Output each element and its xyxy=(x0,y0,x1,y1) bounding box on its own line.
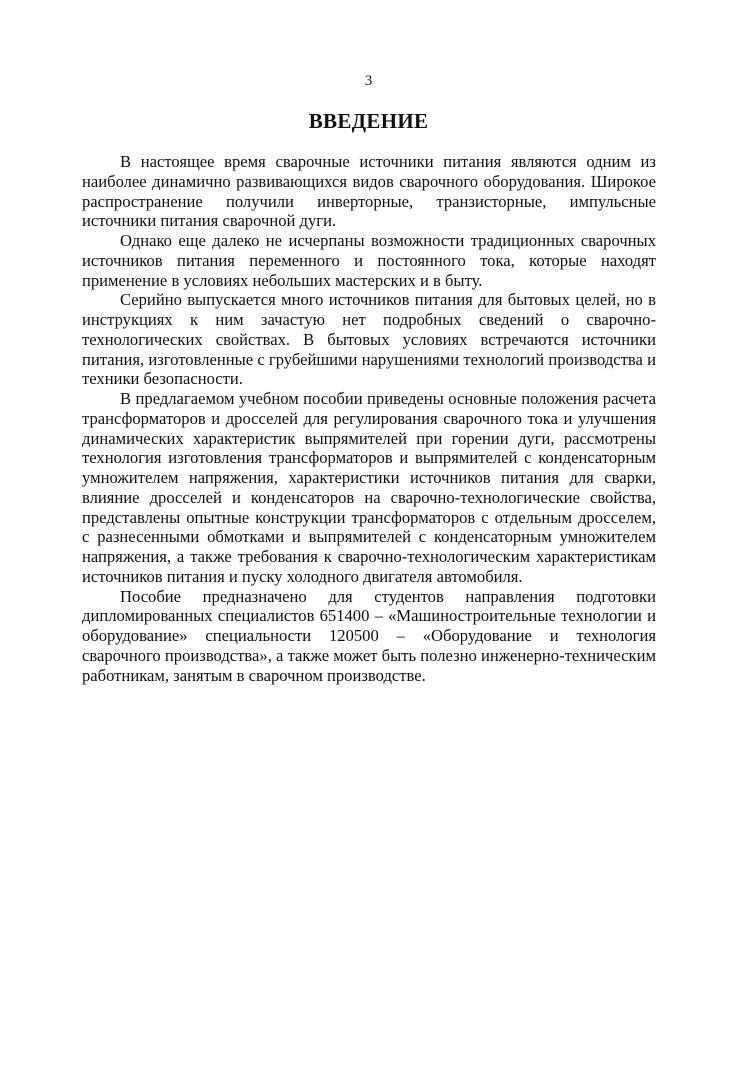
paragraph: Серийно выпускается много источников пит… xyxy=(82,290,656,389)
section-title: ВВЕДЕНИЕ xyxy=(0,108,737,134)
body-text: В настоящее время сварочные источники пи… xyxy=(82,152,656,685)
paragraph: В настоящее время сварочные источники пи… xyxy=(82,152,656,231)
paragraph: В предлагаемом учебном пособии приведены… xyxy=(82,389,656,587)
paragraph: Пособие предназначено для студентов напр… xyxy=(82,587,656,686)
paragraph: Однако еще далеко не исчерпаны возможнос… xyxy=(82,231,656,290)
document-page: 3 ВВЕДЕНИЕ В настоящее время сварочные и… xyxy=(0,0,737,1080)
page-number: 3 xyxy=(0,72,737,90)
